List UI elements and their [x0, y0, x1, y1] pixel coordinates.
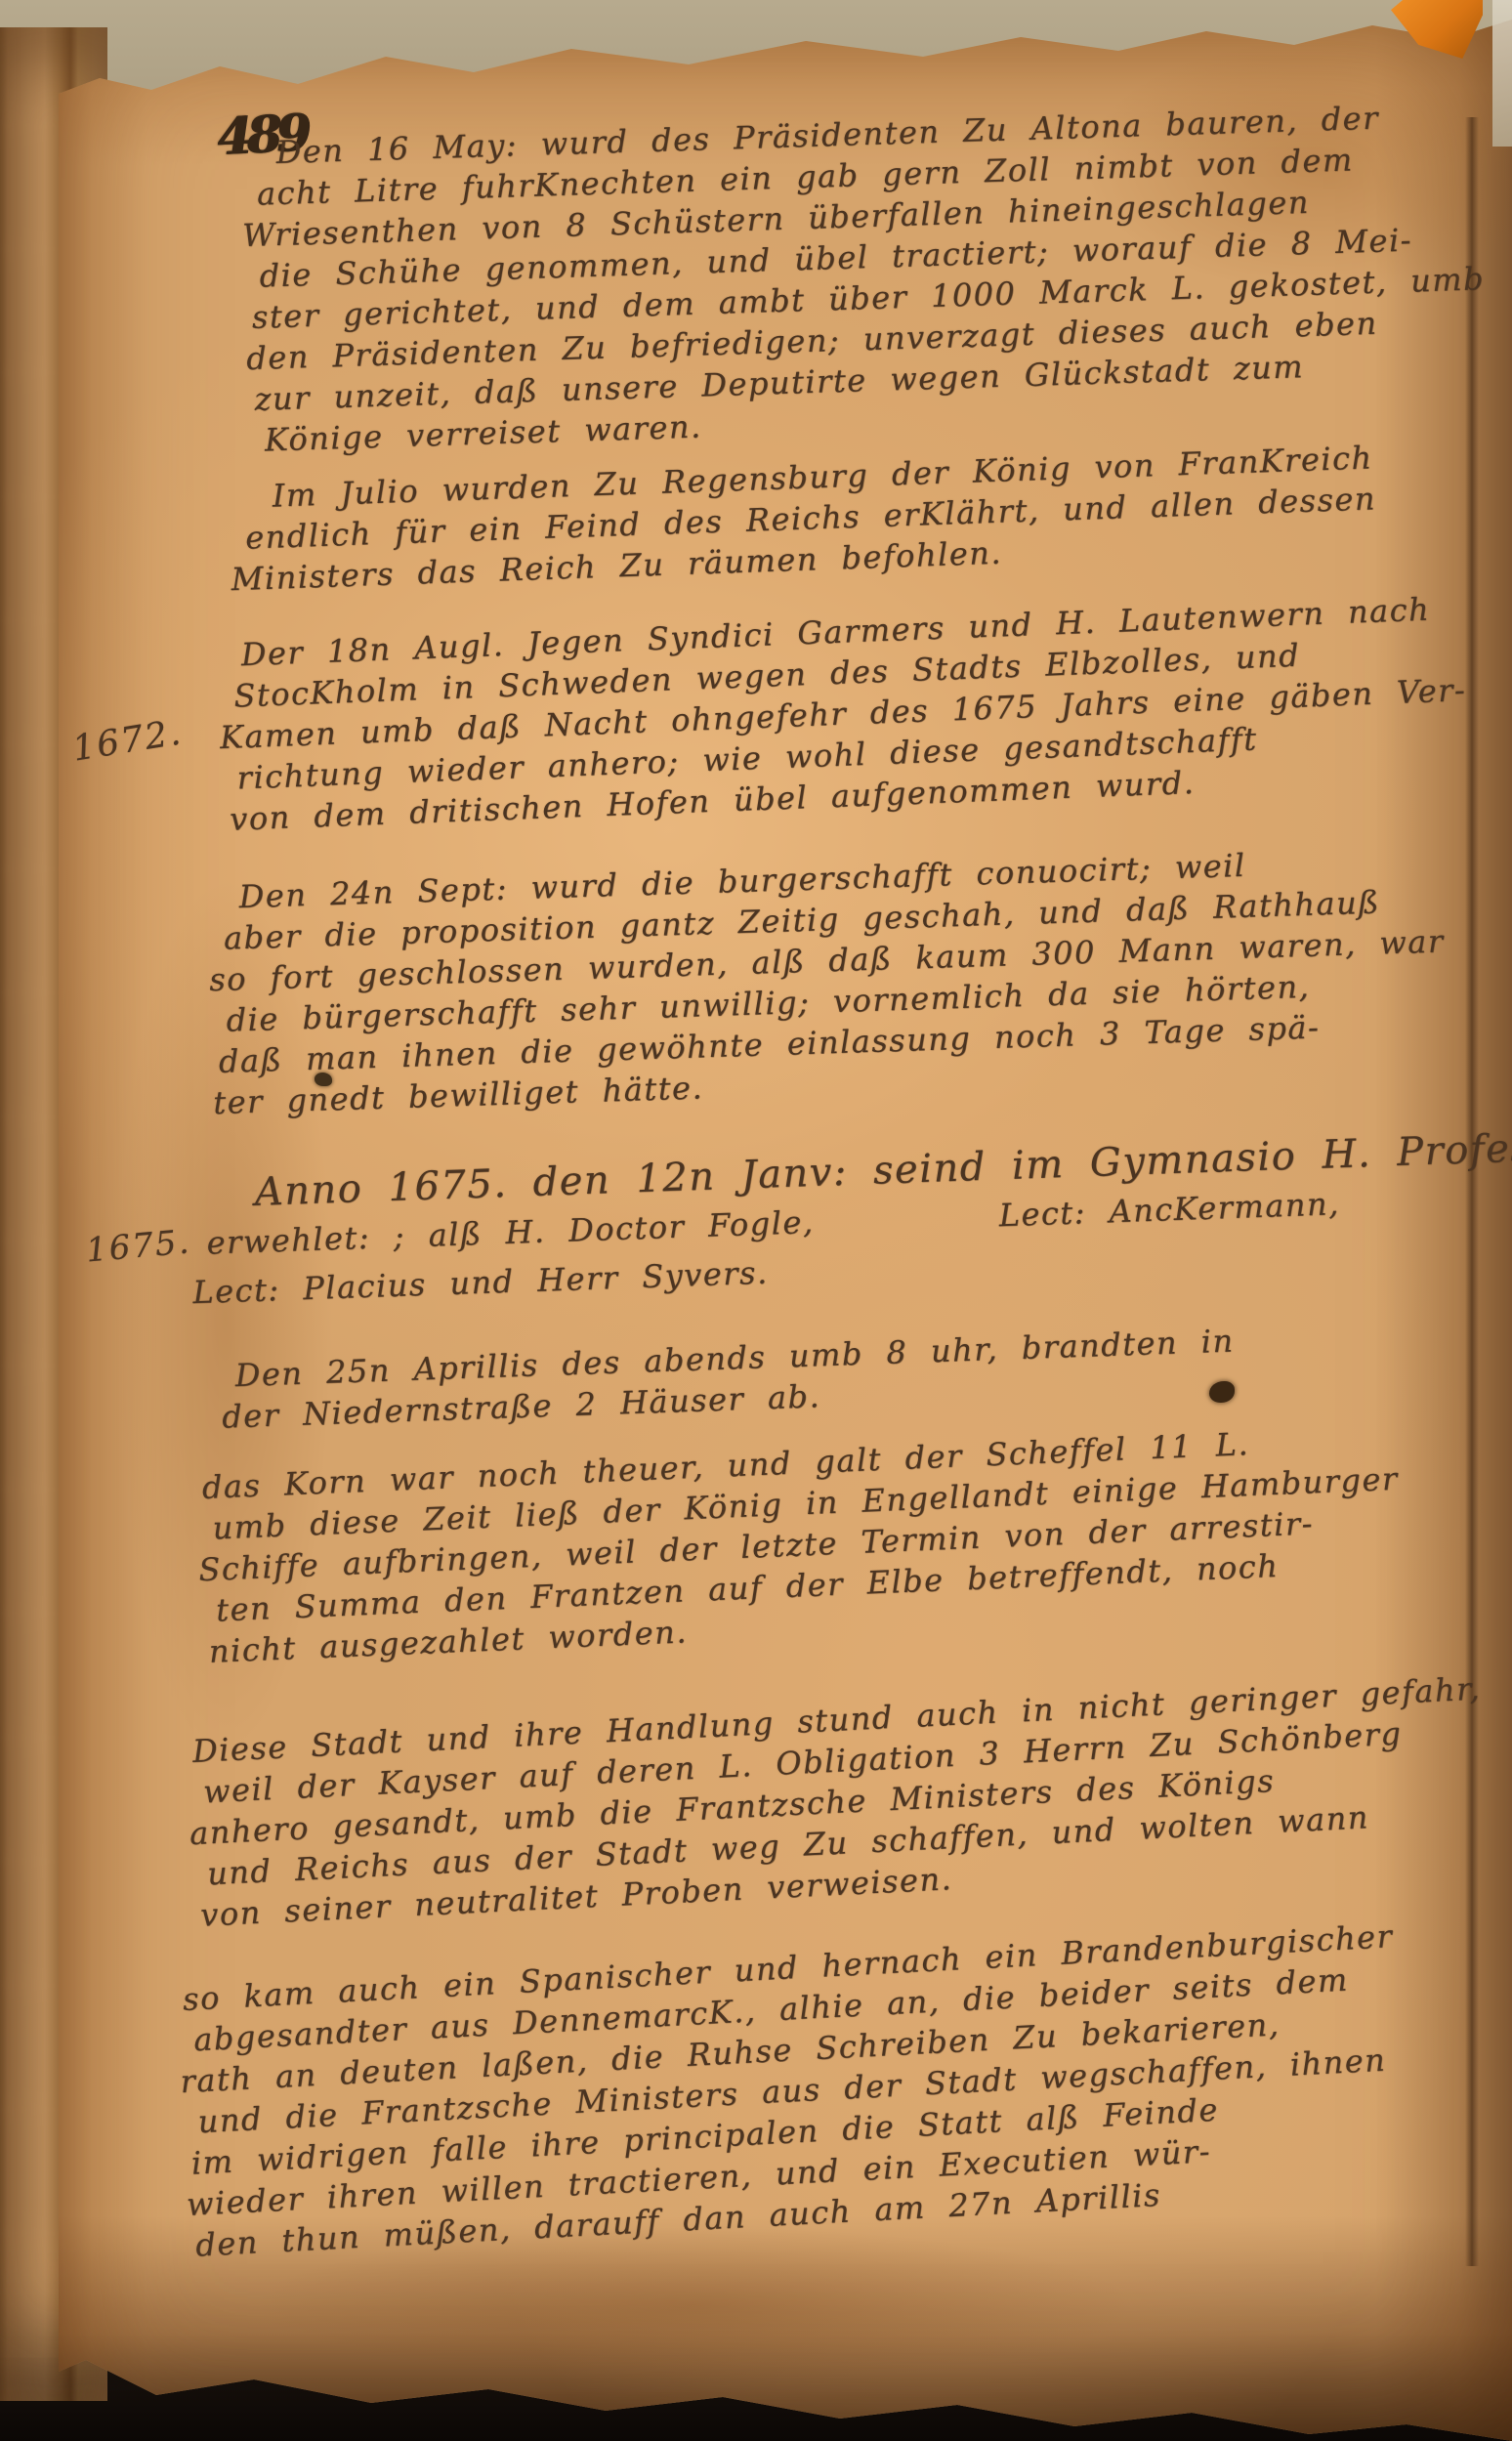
- manuscript-paragraph: Den 24n Sept: wurd die burgerschafft con…: [213, 838, 1449, 1122]
- facing-leaf-edge: [1492, 0, 1512, 147]
- manuscript-paragraph: Den 16 May: wurd des Präsidenten Zu Alto…: [246, 94, 1490, 460]
